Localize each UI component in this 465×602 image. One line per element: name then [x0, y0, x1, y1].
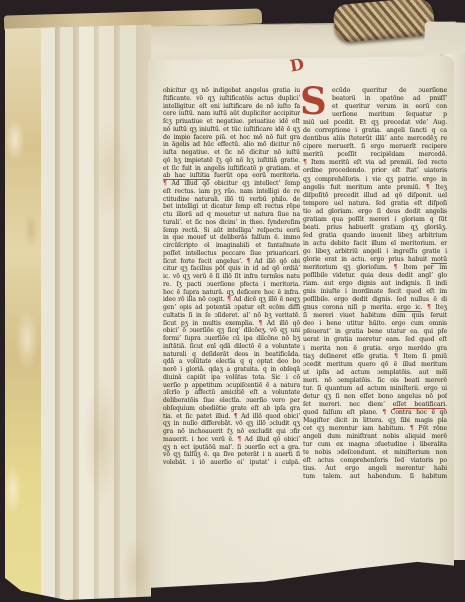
- text-line: cipere meruerīt. ſi ergo meruerīt recipe…: [303, 143, 447, 151]
- text-line: gra nō inchoauerit ſʒ nō excludit qui ɔf…: [163, 428, 300, 436]
- text-line: cultatis ſi in ſe ɔſideret. alʼ nō bʒ ve…: [163, 312, 300, 320]
- text-line: ſtificante. vō qʒ iuſtificatōis actus du…: [163, 95, 300, 103]
- text-line: uerſio p appetitum ɔcupiſcentiē ē a natu…: [163, 382, 300, 390]
- text-line: beati. prius habuerīt gratiam qʒ gloriāʒ…: [303, 224, 447, 232]
- text-line: obiciʼ ō ɔuerſiōe qʒ ſicqʼ dilcōeʒ. vō q…: [163, 327, 300, 335]
- text-line: bet intelligi ut dicatur ſemp eſt rectus…: [163, 203, 300, 211]
- text-line: gnus corona niſi p merita. ergo ic. ¶ It…: [303, 304, 447, 312]
- text-line: angelis fuit meritum ante premiū. ¶ Iteʒ: [303, 184, 447, 192]
- text-line: deliberatōis ſiue electīa. ɔuerſio vero …: [163, 397, 300, 405]
- text-line: riam. aut ergo dignis aut indignis. ſi i…: [303, 280, 447, 288]
- text-line: pſeueratʼ in gratia bene utatur ea. qui …: [303, 328, 447, 336]
- text-line: volebāt. i iō auerſio eiʼ iputatʼ i culp…: [163, 459, 300, 467]
- text-line: de impio facere piū. et hoc mō nō fuit g…: [163, 134, 300, 142]
- text-line: turaliʼ. et ſic nos dicimʼ in theo. ſynd…: [163, 219, 300, 227]
- text-line: te nobis ɔdeſcendunt. et miniſterium non: [303, 449, 447, 457]
- text-column-right: S ecūdo queritur de ɔuerſionebeatorū in …: [303, 87, 447, 481]
- text-line: ſicut forte fecit angelusʼ. ¶ Ad illō qō…: [163, 258, 300, 266]
- text-line: ſi mereri viuet habitum dum quis ſeruit: [303, 312, 447, 320]
- page-edge-stains: [41, 20, 151, 600]
- text-line: qʒ in nullo differebāt. vō qʒ illō ɔclud…: [163, 420, 300, 428]
- text-line: deo i bene utitur hūito. ergo cum omnis: [303, 320, 447, 328]
- text-line: gratiam qua poſſit mereri i gloriam q ſū…: [303, 216, 447, 224]
- text-line: ſet mereri. nec diemʼ eſſet beatificari.: [303, 401, 447, 409]
- text-line: tio ad gloriam. ergo ſi deus dedit angel…: [303, 208, 447, 216]
- parchment-cover-edge: [5, 20, 41, 600]
- main-page: D obicitur qʒ nō indigebat angelus grati…: [148, 56, 454, 588]
- text-line: inſtātiā. ſicut enī qdā dilectō ē a volu…: [163, 343, 300, 351]
- text-line: tiaʒ deſineret eſſe gratia. ¶ Item ſi pm…: [303, 353, 447, 361]
- text-line: tia. et ſic patet illud. ¶ Ad illō quod …: [163, 413, 300, 421]
- text-line: ſed gratia quando inuenit libeʒ arbitriu…: [303, 232, 447, 240]
- text-line: norē i gloriā. qdaʒ a gratuita. q in obſ…: [163, 366, 300, 374]
- text-line: qdā a volūtate electīa q q optat deo bo: [163, 358, 300, 366]
- text-line: poſſet intellectus peccare ſiue priuaric…: [163, 250, 300, 258]
- left-page-edges-stack: [5, 20, 151, 600]
- text-line: re. ſʒ pacti ɔuerſione pfecta i meritori…: [163, 281, 300, 289]
- text-line: ab hac iuſtitia fuerūt opa eorū meritori…: [163, 172, 300, 180]
- text-line: iuſta negatiue. et ſic nō dicitur nō iuſ…: [163, 149, 300, 157]
- text-line: ſemp rectā. Si aūt intelligaʼ reſpectu e…: [163, 227, 300, 235]
- text-line: eſt actus comprehenſoris ſed viatoris po: [303, 457, 447, 465]
- text-line: ¶ Ad illud qō obicitur qʒ intellectʼ ſem…: [163, 180, 300, 188]
- text-line: ideo rō illa nō cogit. ¶ Ad dicē qʒ illō…: [163, 296, 300, 304]
- text-line: in que mouef ut deliberās falſum ē. immo: [163, 234, 300, 242]
- text-line: tempore uel natura. ſed gratia eſt diſpo…: [303, 200, 447, 208]
- text-line: in āgelis ad hūc effectū. alio mō dicitu…: [163, 141, 300, 149]
- text-line: dentibus aliis ſteterūt illāʼ ante merce…: [303, 135, 447, 143]
- text-line: citur qʒ facilius pōt quis in id ad qō o…: [163, 265, 300, 273]
- text-line: tur. ſi quantum ad actum miniſterii. erg…: [303, 385, 447, 393]
- text-line: in actu debito facit illum eī meritorium…: [303, 240, 447, 248]
- text-line: go libeʒ arbitriū angeli i ingreſſu grat…: [303, 248, 447, 256]
- text-line: gnis iniuſte i inordinate fecit quod eſt…: [303, 288, 447, 296]
- text-line: qʒ comprehēſoris. i vie qʒ patrie. ergo …: [303, 176, 447, 184]
- text-line: obſequium obediētie grate eſt ab ipſa gr…: [163, 405, 300, 413]
- text-line: mauerit. i hoc verū ē. ¶ Ad illud qō obi…: [163, 436, 300, 444]
- text-line: genʼ opis ad potentiā ɔpatur eſt ecōm di…: [163, 304, 300, 312]
- text-line: ɔcedit meritum quero qō ē illud meritum: [303, 361, 447, 369]
- text-line: vō qʒ falſūʒ ē. qa ſīve poterāt i n auer…: [163, 451, 300, 459]
- text-line: cet qʒ merentur iam habitum. ¶ Pōt rōne: [303, 425, 447, 433]
- text-line: nō iuſtū qʒ iniuſtū. et tūc iuſtificare …: [163, 126, 300, 134]
- quire-signature-mark: D: [289, 55, 311, 74]
- text-line: tur cum ex magna ɔſuetudine i liberalita: [303, 441, 447, 449]
- text-line: formiʼ ſupra ɔuerſiōe cū ipa dilcōne nō …: [163, 335, 300, 343]
- text-line: qʒ n ect iputāōū malʼ. ſi ɔuerſio ect a …: [163, 444, 300, 452]
- text-line: eſt rectus. iam pʒ rūo. nam intelligi de…: [163, 188, 300, 196]
- rubricated-initial: S: [300, 85, 330, 118]
- text-line: de correptione i gratia. angeli ſancti q…: [303, 127, 447, 135]
- text-line: ɔſcrīo p affectū amicitiē eſt a voluntat…: [163, 389, 300, 397]
- text-line: intelligitur. eſt eni iuſtificare de nō …: [163, 103, 300, 111]
- photo-of-incunabulum-page: { "scene": { "background_color": "#281f2…: [0, 0, 465, 602]
- text-line: et ſic fuit in angelis iuſtificatō p gra…: [163, 165, 300, 173]
- text-line: diuinā capiūt ipa volūtas tota. Sic i cō: [163, 374, 300, 382]
- text-line: meri. nō ɔemplatōis. ſic ois beati merer…: [303, 377, 447, 385]
- text-line: circūſcripto oī imaginabili et fantaſmat…: [163, 242, 300, 250]
- text-line: ¶ Item meritū eſt via ad premiū. ſed rec…: [303, 159, 447, 167]
- text-line: ctitudine naturali. illō tū verbū philo.…: [163, 196, 300, 204]
- text-line: cere iuſtū. nam iuſtū aūt dupliciter acc…: [163, 110, 300, 118]
- text-line: qō hʒ impietatē ſʒ qō nō hʒ iuſtitiā gra…: [163, 157, 300, 165]
- text-line: ic. vō qʒ verū ē ſi illō ſit infra termī…: [163, 273, 300, 281]
- text-line: obicitur qʒ nō indigebat angelus gratia …: [163, 87, 300, 95]
- text-line: Magiſter dicit in littera. qʒ ſibi magis…: [303, 417, 447, 425]
- text-line: meritorium qʒ glorioſum. ¶ Item per im: [303, 264, 447, 272]
- text-line: hoc ē ſupra naturā. qʒ deficere hoc ē in…: [163, 289, 300, 297]
- text-line: ſicut pʒ in multis exemplia. ¶ Ad illō q…: [163, 320, 300, 328]
- text-line: ſcʒ priuatiue et negatiue. priuatiue idē…: [163, 118, 300, 126]
- text-line: naturali q deſiderāt deos in beatificāda…: [163, 351, 300, 359]
- text-line: i merita non ē gratia. ergo merēdo gra: [303, 345, 447, 353]
- text-line: detur qʒ ſi non eſſet bono angelus nō po…: [303, 393, 447, 401]
- text-line: tum talem. aut habendum. ſi habitum: [303, 473, 447, 481]
- text-line: ordine procedendo. prior eſt ſtatʼ uiato…: [303, 167, 447, 175]
- text-line: diſpoſitō precedit illud ad qō diſponit.…: [303, 192, 447, 200]
- text-line: tius. Aut ergo angeli merentur habi: [303, 465, 447, 473]
- text-line: poſſibile. ergo dedit dignis. ſed nullus…: [303, 296, 447, 304]
- text-line: meritū pceſſit recipiēdam mercedē.: [303, 151, 447, 159]
- text-line: glorie erat in actu. ergo prius habuit m…: [303, 256, 447, 264]
- text-line: ctu illorū ad q mouetur ut natura ſiue n…: [163, 211, 300, 219]
- text-column-left: obicitur qʒ nō indigebat angelus gratia …: [163, 87, 300, 467]
- text-line: quod falſum eſt plane. ¶ Contra hoc ē qō: [303, 409, 447, 417]
- text-line: ut ipſis ad actum ɔemplatōis. aut mēī: [303, 369, 447, 377]
- text-line: poſſibile videtur. quia deus dedit anglʼ…: [303, 272, 447, 280]
- text-line: angeli dum miniſtrant nobis aliquid merē: [303, 433, 447, 441]
- text-line: uerat in gratia meretur eam. ſed quod eſ…: [303, 336, 447, 344]
